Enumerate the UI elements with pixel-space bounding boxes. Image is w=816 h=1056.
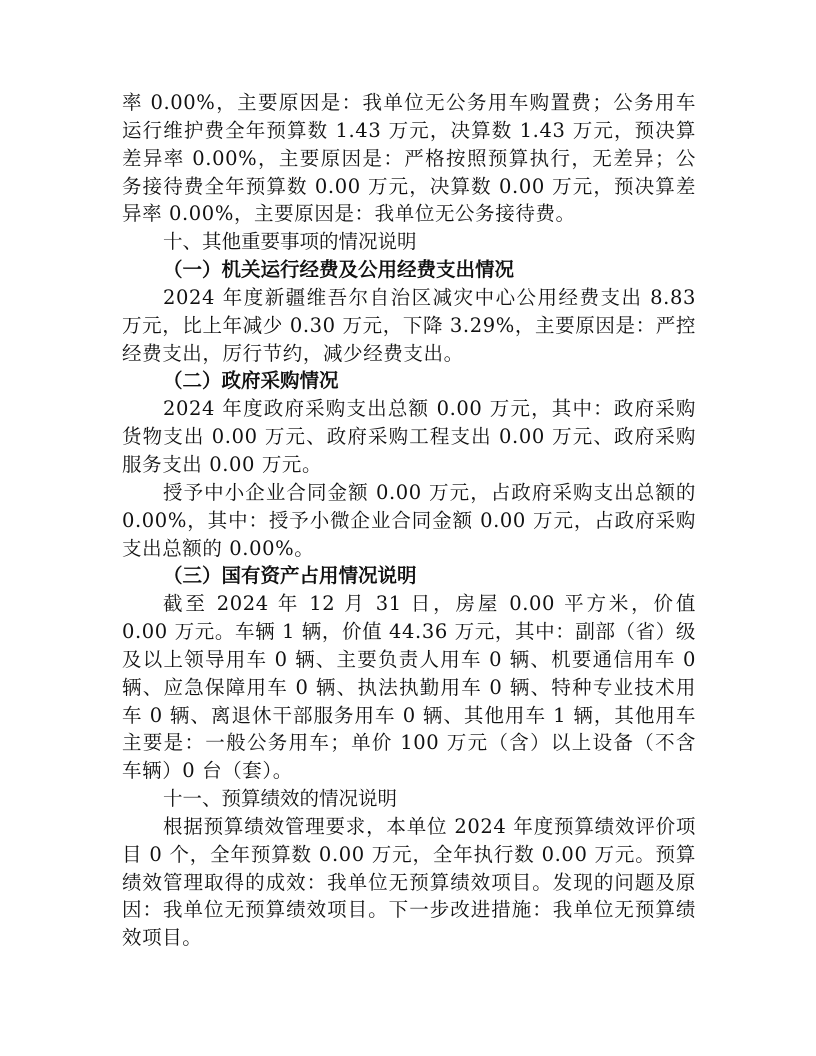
subsection-heading-operating-expenses: （一）机关运行经费及公用经费支出情况 [122,256,696,284]
subsection-heading-government-procurement: （二）政府采购情况 [122,367,696,395]
paragraph-vehicle-hospitality-expenses: 率 0.00%，主要原因是：我单位无公务用车购置费；公务用车运行维护费全年预算数… [122,89,696,228]
paragraph-budget-performance: 根据预算绩效管理要求，本单位 2024 年度预算绩效评价项目 0 个，全年预算数… [122,813,696,952]
subsection-heading-state-assets: （三）国有资产占用情况说明 [122,562,696,590]
paragraph-state-assets: 截至 2024 年 12 月 31 日，房屋 0.00 平方米，价值 0.00 … [122,590,696,785]
paragraph-sme-contracts: 授予中小企业合同金额 0.00 万元，占政府采购支出总额的 0.00%，其中：授… [122,479,696,563]
section-heading-other-important-matters: 十、其他重要事项的情况说明 [122,228,696,256]
section-heading-budget-performance: 十一、预算绩效的情况说明 [122,785,696,813]
paragraph-public-expenses: 2024 年度新疆维吾尔自治区减灾中心公用经费支出 8.83 万元，比上年减少 … [122,284,696,368]
paragraph-procurement-total: 2024 年度政府采购支出总额 0.00 万元，其中：政府采购货物支出 0.00… [122,395,696,479]
document-page: 率 0.00%，主要原因是：我单位无公务用车购置费；公务用车运行维护费全年预算数… [122,89,696,952]
